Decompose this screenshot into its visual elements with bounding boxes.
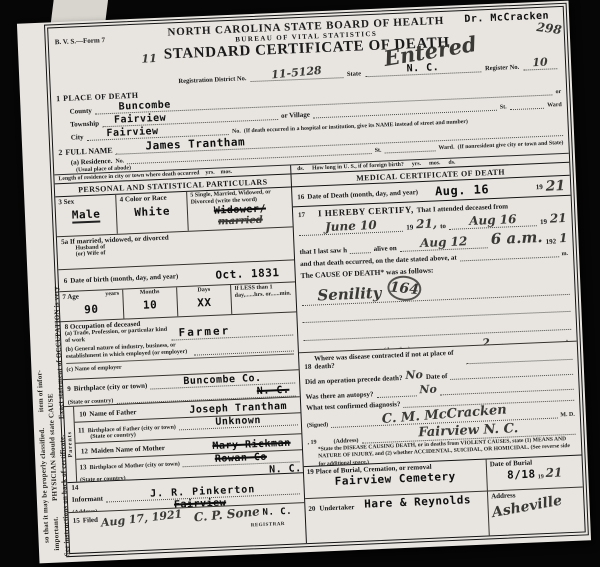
- undertaker-value: Hare & Reynolds: [364, 493, 471, 510]
- occupation-row: 8 Occupation of deceased (a) Trade, Prof…: [60, 312, 298, 380]
- operation-answer: No: [405, 368, 423, 382]
- state-label: State: [347, 70, 361, 78]
- undertaker-cell: 20 Undertaker Hare & Reynolds: [305, 492, 489, 544]
- or-label: or: [555, 89, 561, 95]
- mother-name-value: Mary Rickman: [212, 437, 291, 451]
- length-ds: ds.: [297, 166, 304, 172]
- burial-date-value: 8/18: [507, 467, 536, 481]
- length-yrs: yrs.: [205, 170, 214, 176]
- age-years-value: 90: [84, 303, 99, 317]
- certification-block: 17 I HEREBY CERTIFY, That I attended dec…: [293, 196, 577, 354]
- attended-from-year: 21,: [416, 216, 437, 231]
- last-saw-time: 6 a.m.: [490, 228, 542, 248]
- township-label: Township: [70, 119, 99, 128]
- filed-row: 15 Filed Aug 17, 1921 C. P. Sone N. C. R…: [68, 503, 305, 553]
- age-days-value: XX: [197, 296, 212, 310]
- st-label: St.: [500, 104, 507, 110]
- certificate-columns: PERSONAL AND STATISTICAL PARTICULARS 3 S…: [55, 163, 585, 553]
- race-cell: 4 Color or Race White: [117, 192, 189, 234]
- register-no-label: Register No.: [485, 64, 519, 72]
- st-blank: [509, 100, 544, 110]
- registration-district-value: 11-5128: [250, 64, 343, 82]
- place-of-death-number: 1: [56, 94, 60, 103]
- burial-year-handwritten: 21: [545, 465, 562, 480]
- age-months-cell: Months 10: [123, 287, 178, 318]
- lastsaw-pronoun-blank: [350, 244, 371, 254]
- certificate-frame: B. V. S.—Form 7 NORTH CAROLINA STATE BOA…: [47, 6, 586, 554]
- date-of-death-value: Aug. 16: [435, 182, 490, 198]
- marital-handwritten-value: married: [218, 215, 263, 228]
- cause-code-circled: 164: [386, 274, 422, 302]
- last-saw-year: 1: [559, 231, 568, 245]
- age-less-cell: If LESS than 1 day,......hrs. or......mi…: [231, 282, 296, 314]
- date-of-death-year: 21: [545, 178, 565, 195]
- age-days-cell: Days XX: [177, 285, 232, 316]
- sex-cell: 3 Sex Male: [55, 195, 118, 237]
- parents-section: Parents 10 Name of Father Joseph Trantha…: [64, 397, 303, 483]
- village-label: or Village: [281, 111, 310, 120]
- undertaker-address-cell: Address Asheville: [487, 488, 585, 536]
- foreign-mos: mos.: [429, 160, 441, 166]
- disease-questions-block: 18 Where was disease contracted if not a…: [299, 342, 582, 468]
- filed-state: N. C.: [262, 507, 292, 518]
- burial-date-cell: Date of Burial 8/18 19 21: [486, 456, 583, 491]
- age-years-cell: 7 Ageyears 90: [59, 290, 124, 322]
- personal-column: PERSONAL AND STATISTICAL PARTICULARS 3 S…: [55, 174, 307, 553]
- register-no-value: 10: [523, 55, 558, 70]
- district-pencil-note: 11: [141, 52, 157, 66]
- death-certificate-scan: so that it may be properly classified. i…: [17, 1, 591, 564]
- cause-of-death-value: Senility: [317, 284, 382, 305]
- autopsy-answer: No: [419, 383, 437, 397]
- cause-blank-line-1: [302, 303, 570, 323]
- race-value: White: [134, 205, 170, 219]
- age-months-value: 10: [143, 298, 158, 312]
- registrar-label: REGISTRAR: [251, 522, 285, 528]
- attended-to-year: 21: [550, 211, 567, 226]
- full-name-number: 2: [58, 148, 62, 157]
- foreign-ds: ds.: [448, 160, 455, 166]
- county-label: County: [69, 107, 92, 116]
- medical-column: MEDICAL CERTIFICATE OF DEATH 16 Date of …: [291, 163, 584, 543]
- date-of-birth-value: Oct. 1831: [215, 266, 280, 282]
- sex-value: Male: [72, 207, 101, 223]
- marital-cell: 5 Single, Married, Widowed, or Divorced …: [187, 187, 292, 230]
- father-name-value: Joseph Trantham: [189, 400, 287, 415]
- state-value: N. C.: [365, 60, 482, 77]
- autopsy-blank-1: [376, 387, 416, 398]
- foreign-yrs: yrs.: [412, 161, 421, 167]
- ward-label: Ward: [547, 102, 562, 109]
- length-mos: mos.: [221, 169, 233, 175]
- registration-district-label: Registration District No.: [178, 75, 246, 85]
